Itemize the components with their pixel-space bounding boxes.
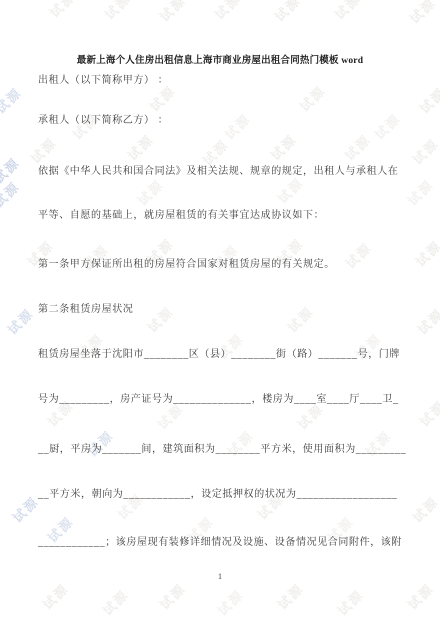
document-line: 第二条租赁房屋状况 [38, 303, 133, 316]
document-line: 依据《中华人民共和国合同法》及相关法规、规章的规定，出租人与承租人在 [38, 165, 398, 178]
document-line: __平方米，朝向为____________，设定抵押权的状况为_________… [38, 488, 397, 501]
document-line: ____________；该房屋现有装修详细情况及设施、设备情况见合同附件，该附 [38, 536, 402, 549]
document-line: 出租人（以下简称甲方） ： [38, 74, 168, 87]
document-line: 号为_________，房产证号为______________，楼房为____室… [38, 393, 399, 406]
document-line: __厨，平房为_______间，建筑面积为________平方米，使用面积为__… [38, 443, 406, 456]
document-page: 试源试源试源试源试源试源试源试源试源试源试源试源试源试源试源试源试源试源试源试源… [0, 0, 440, 620]
document-line: 承租人（以下简称乙方） ： [38, 114, 168, 127]
document-content: 最新上海个人住房出租信息上海市商业房屋出租合同热门模板 word 出租人（以下简… [0, 0, 440, 620]
document-line: 第一条甲方保证所出租的房屋符合国家对租赁房屋的有关规定。 [38, 258, 335, 271]
document-title: 最新上海个人住房出租信息上海市商业房屋出租合同热门模板 word [0, 52, 440, 66]
document-line: 平等、自愿的基础上，就房屋租赁的有关事宜达成协议如下： [38, 209, 324, 222]
page-number: 1 [0, 571, 440, 581]
document-line: 租赁房屋坐落于沈阳市________区（县）________街（路）______… [38, 348, 400, 361]
